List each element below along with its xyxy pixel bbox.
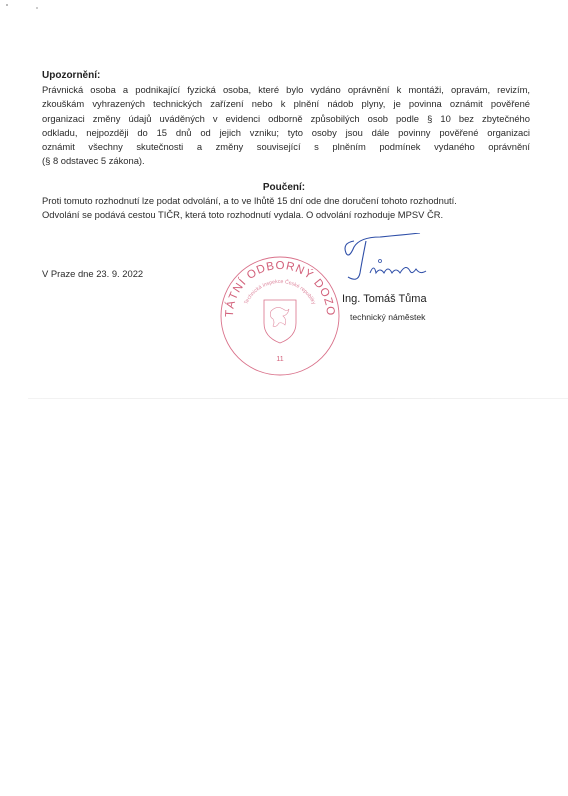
- warning-heading: Upozornění:: [42, 70, 100, 81]
- signer-name: Ing. Tomáš Tůma: [342, 293, 427, 305]
- instruction-heading: Poučení:: [0, 182, 568, 193]
- stamp-number: 11: [276, 356, 283, 363]
- official-stamp: STÁTNÍ ODBORNÝ DOZOR Technická inspekce …: [219, 255, 341, 377]
- coat-of-arms-icon: [264, 300, 296, 343]
- scan-artifact: [6, 4, 8, 6]
- svg-text:Technická inspekce České repub: Technická inspekce České republiky: [243, 278, 317, 306]
- instruction-line: Odvolání se podává cestou TIČR, která to…: [42, 208, 512, 222]
- svg-text:STÁTNÍ ODBORNÝ DOZOR: STÁTNÍ ODBORNÝ DOZOR: [219, 255, 336, 317]
- warning-paragraph: Právnická osoba a podnikající fyzická os…: [42, 83, 530, 169]
- warning-line: zkouškám vyhrazených technických zařízen…: [42, 97, 530, 111]
- instruction-paragraph: Proti tomuto rozhodnutí lze podat odvolá…: [42, 194, 512, 223]
- warning-line: (§ 8 odstavec 5 zákona).: [42, 154, 530, 168]
- warning-line: oznámit všechny skutečnosti a změny souv…: [42, 140, 530, 154]
- scan-fold-line: [28, 398, 568, 399]
- warning-line: Právnická osoba a podnikající fyzická os…: [42, 83, 530, 97]
- stamp-outer-text: STÁTNÍ ODBORNÝ DOZOR: [219, 255, 336, 317]
- place-date: V Praze dne 23. 9. 2022: [42, 268, 143, 279]
- stamp-inner-text: Technická inspekce České republiky: [243, 278, 317, 306]
- scan-artifact: [36, 7, 38, 9]
- signature-icon: [340, 233, 435, 288]
- warning-line: organizaci změny údajů uváděných v evide…: [42, 112, 530, 126]
- signer-title: technický náměstek: [350, 312, 425, 322]
- instruction-line: Proti tomuto rozhodnutí lze podat odvolá…: [42, 194, 512, 208]
- warning-line: odkladu, nejpozději do 15 dnů od jejich …: [42, 126, 530, 140]
